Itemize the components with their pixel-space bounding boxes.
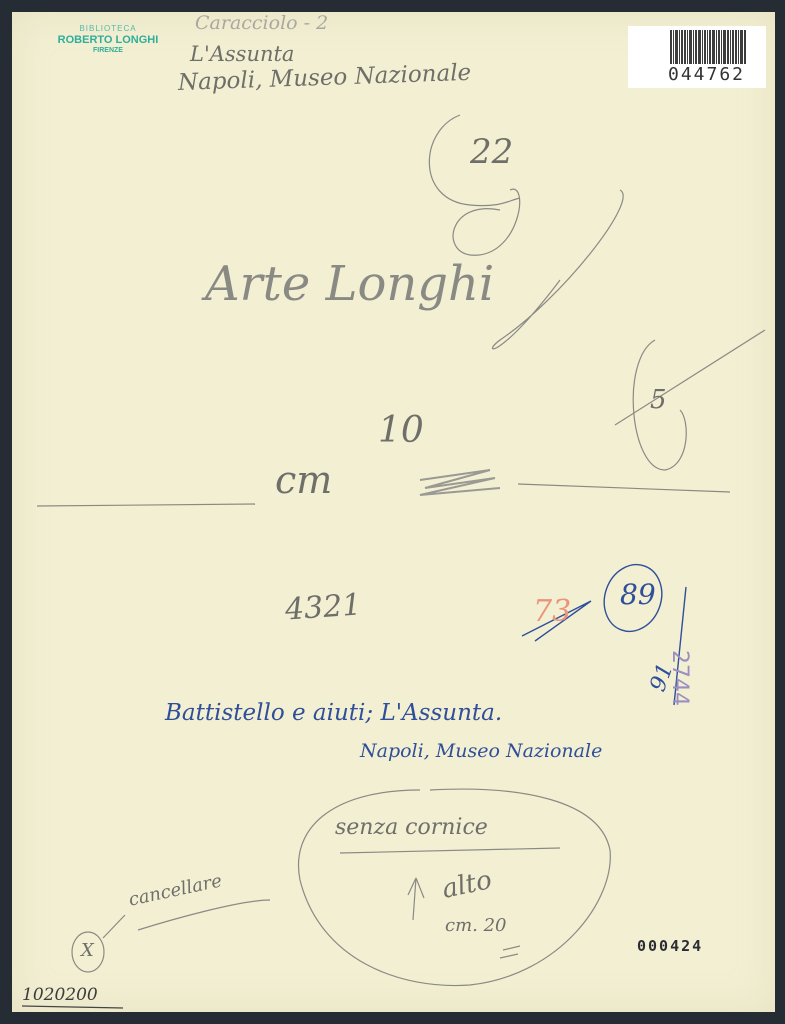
- note-x-mark: X: [81, 940, 94, 961]
- note-signature: Arte Longhi: [205, 256, 494, 312]
- library-stamp: BIBLIOTECA ROBERTO LONGHI FIRENZE: [48, 24, 168, 54]
- note-crossed-red: 73: [533, 594, 571, 629]
- barcode-number: 044762: [668, 64, 745, 85]
- stamp-line-3: FIRENZE: [48, 47, 168, 54]
- stamp-line-1: BIBLIOTECA: [48, 24, 168, 33]
- barcode-label: 044762: [628, 26, 766, 88]
- note-dimension-value: 10: [378, 410, 424, 451]
- note-attribution: Battistello e aiuti; L'Assunta.: [165, 700, 502, 726]
- photo-back-card: [12, 12, 775, 1012]
- note-circled-22: 22: [470, 132, 513, 172]
- note-4321: 4321: [284, 587, 363, 627]
- note-blue-location: Napoli, Museo Nazionale: [360, 740, 602, 762]
- note-artist: Caracciolo - 2: [195, 12, 328, 34]
- typed-number: 000424: [637, 937, 703, 955]
- note-senza-cornice: senza cornice: [335, 815, 488, 840]
- note-cm-20: cm. 20: [445, 915, 507, 936]
- stamp-line-2: ROBERTO LONGHI: [48, 34, 168, 46]
- note-title: L'Assunta: [190, 42, 294, 66]
- barcode-bars: [670, 30, 758, 64]
- note-circled-89: 89: [620, 578, 656, 611]
- note-inventory: 1020200: [22, 985, 98, 1005]
- note-dimension-prefix: cm: [275, 458, 332, 502]
- note-circled-crossed: 5: [650, 385, 667, 415]
